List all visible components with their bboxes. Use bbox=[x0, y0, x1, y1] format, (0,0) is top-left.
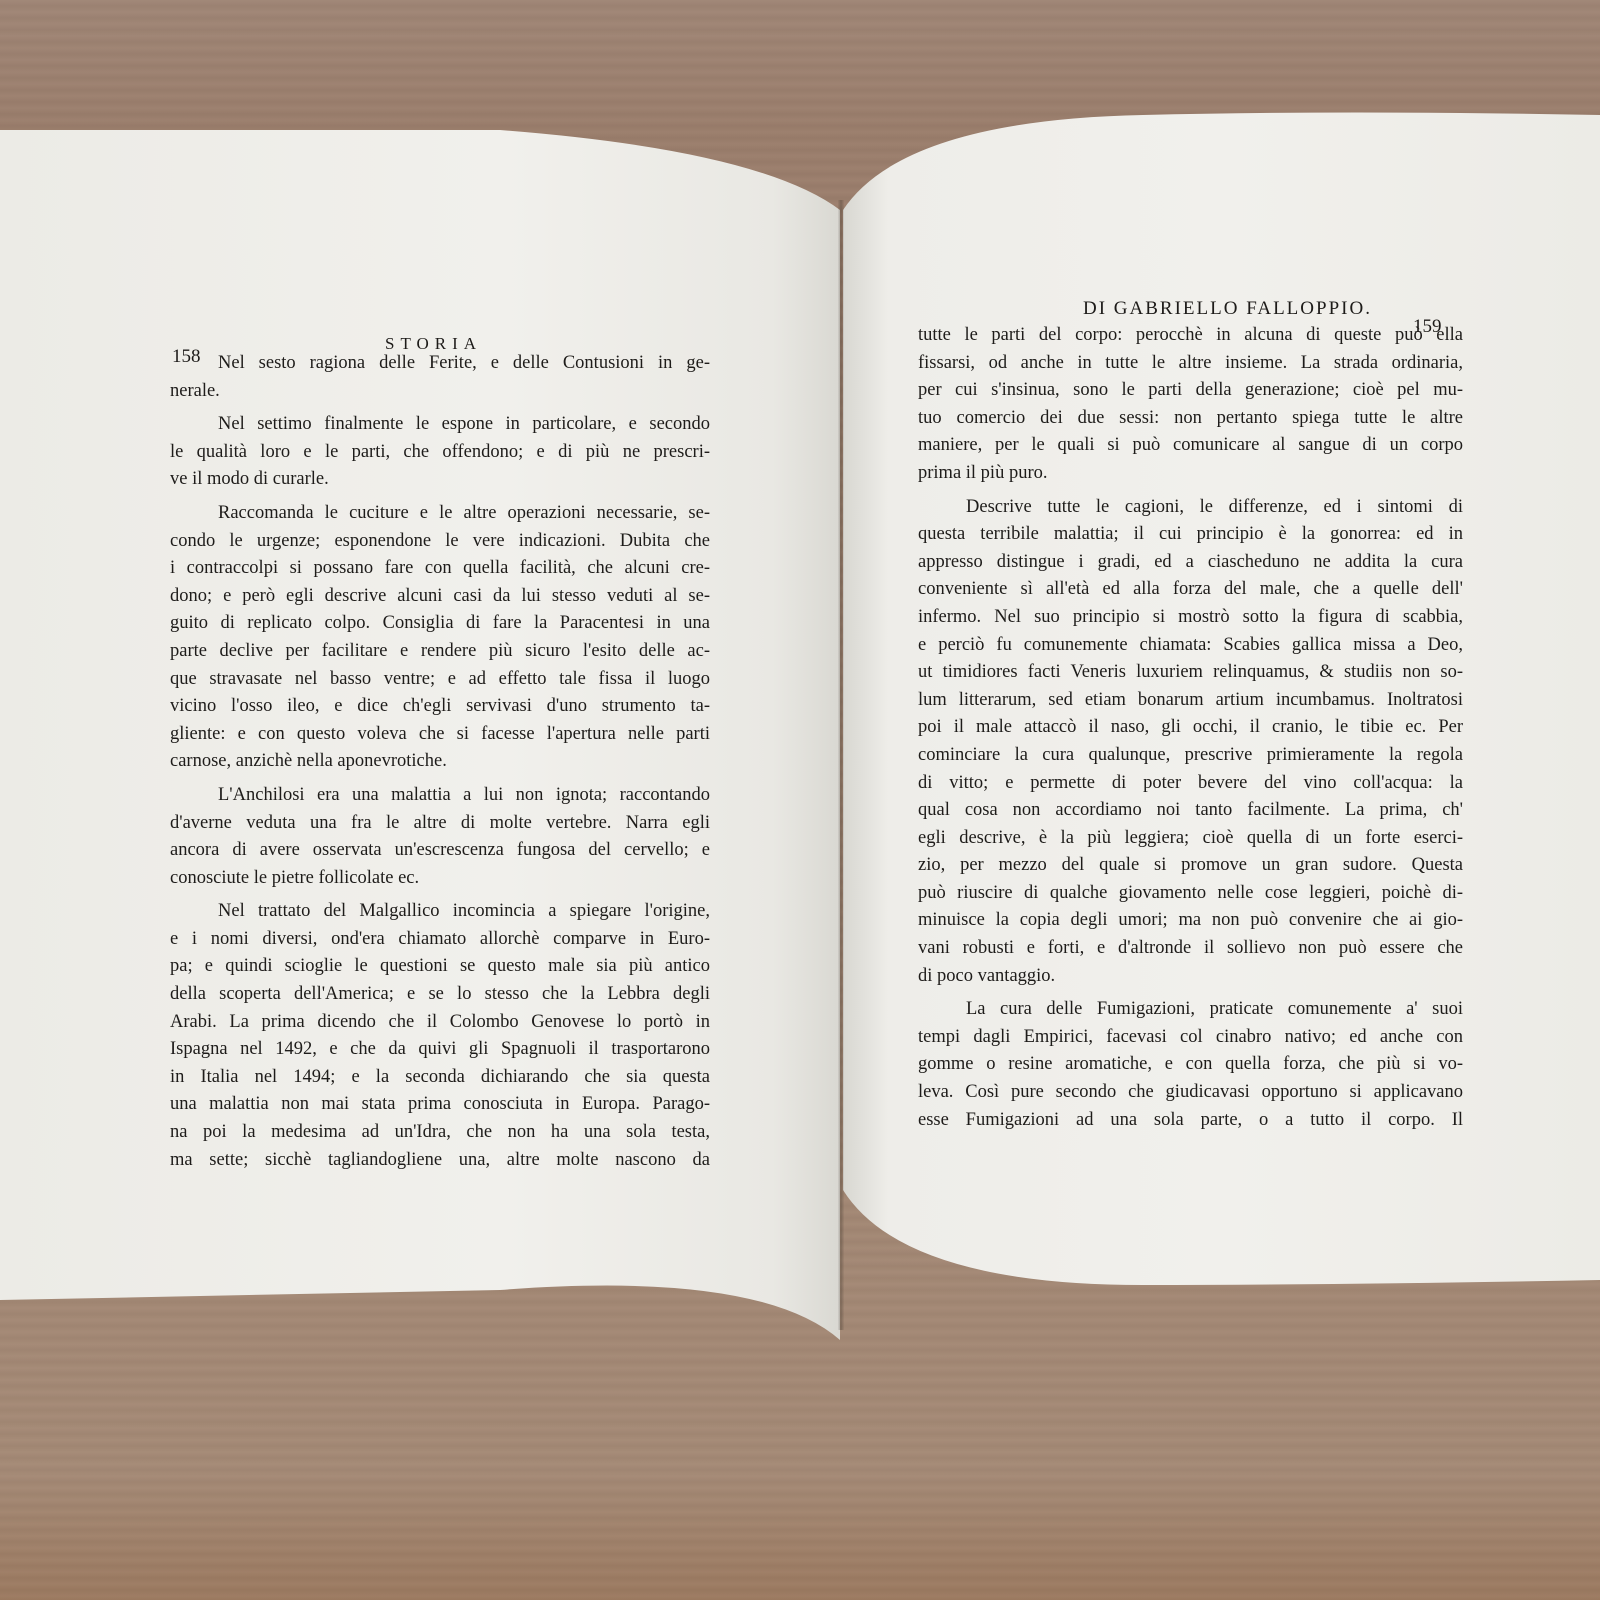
text-line: prima il più puro. bbox=[918, 460, 1463, 488]
text-line: Nel settimo finalmente le espone in part… bbox=[170, 411, 710, 439]
text-line: Arabi. La prima dicendo che il Colombo G… bbox=[170, 1009, 710, 1037]
text-line: lum litterarum, sed etiam bonarum artium… bbox=[918, 687, 1463, 715]
text-line: vani robusti e forti, e d'altronde il so… bbox=[918, 935, 1463, 963]
text-line: esse Fumigazioni ad una sola parte, o a … bbox=[918, 1107, 1463, 1135]
paragraph: Raccomanda le cuciture e le altre operaz… bbox=[170, 500, 710, 776]
paragraph: L'Anchilosi era una malattia a lui non i… bbox=[170, 782, 710, 892]
text-line: appresso distingue i gradi, ed a ciasche… bbox=[918, 549, 1463, 577]
text-line: conosciute le pietre follicolate ec. bbox=[170, 865, 710, 893]
right-page: DI GABRIELLO FALLOPPIO. 159 tutte le par… bbox=[843, 60, 1600, 1360]
book-gutter bbox=[838, 200, 844, 1330]
text-line: minuisce la copia degli umori; ma non pu… bbox=[918, 907, 1463, 935]
text-line: tempi dagli Empirici, facevasi col cinab… bbox=[918, 1024, 1463, 1052]
paragraph: Nel sesto ragiona delle Ferite, e delle … bbox=[170, 350, 710, 405]
text-line: conveniente sì all'età ed alla forza del… bbox=[918, 576, 1463, 604]
text-line: Descrive tutte le cagioni, le differenze… bbox=[918, 494, 1463, 522]
text-line: Nel trattato del Malgallico incomincia a… bbox=[170, 898, 710, 926]
paragraph: La cura delle Fumigazioni, praticate com… bbox=[918, 996, 1463, 1134]
text-line: Raccomanda le cuciture e le altre operaz… bbox=[170, 500, 710, 528]
text-line: vicino l'osso ileo, e dice ch'egli servi… bbox=[170, 693, 710, 721]
text-line: qual cosa non accordiamo noi tanto facil… bbox=[918, 797, 1463, 825]
text-line: nerale. bbox=[170, 378, 710, 406]
paragraph: tutte le parti del corpo: perocchè in al… bbox=[918, 322, 1463, 488]
left-page: 158 STORIA Nel sesto ragiona delle Ferit… bbox=[0, 130, 840, 1340]
text-line: dono; e però egli descrive alcuni casi d… bbox=[170, 583, 710, 611]
text-line: que stravasate nel basso ventre; e ad ef… bbox=[170, 666, 710, 694]
text-line: in Italia nel 1494; e la seconda dichiar… bbox=[170, 1064, 710, 1092]
paragraph: Nel settimo finalmente le espone in part… bbox=[170, 411, 710, 494]
text-line: gomme o resine aromatiche, e con quella … bbox=[918, 1051, 1463, 1079]
text-line: ut timidiores facti Veneris luxuriem rel… bbox=[918, 659, 1463, 687]
text-line: Ispagna nel 1492, e che da quivi gli Spa… bbox=[170, 1036, 710, 1064]
text-line: gliente: e con questo voleva che si face… bbox=[170, 721, 710, 749]
text-line: Nel sesto ragiona delle Ferite, e delle … bbox=[170, 350, 710, 378]
text-line: questa terribile malattia; il cui princi… bbox=[918, 521, 1463, 549]
text-line: e perciò fu comunemente chiamata: Scabie… bbox=[918, 632, 1463, 660]
text-line: zio, per mezzo del quale si promove un g… bbox=[918, 852, 1463, 880]
left-body-text: Nel sesto ragiona delle Ferite, e delle … bbox=[170, 350, 710, 1174]
text-line: d'averne veduta una fra le altre di molt… bbox=[170, 810, 710, 838]
text-line: della scoperta dell'America; e se lo ste… bbox=[170, 981, 710, 1009]
paragraph: Nel trattato del Malgallico incomincia a… bbox=[170, 898, 710, 1174]
right-running-head: DI GABRIELLO FALLOPPIO. bbox=[1083, 298, 1372, 320]
text-line: parte declive per facilitare e rendere p… bbox=[170, 638, 710, 666]
text-line: fissarsi, od anche in tutte le altre ins… bbox=[918, 350, 1463, 378]
text-line: guito di replicato colpo. Consiglia di f… bbox=[170, 610, 710, 638]
paragraph: Descrive tutte le cagioni, le differenze… bbox=[918, 494, 1463, 991]
text-line: leva. Così pure secondo che giudicavasi … bbox=[918, 1079, 1463, 1107]
text-line: può riuscire di qualche giovamento nelle… bbox=[918, 880, 1463, 908]
text-line: na poi la medesima ad un'Idra, che non h… bbox=[170, 1119, 710, 1147]
text-line: i contraccolpi si possano fare con quell… bbox=[170, 555, 710, 583]
text-line: La cura delle Fumigazioni, praticate com… bbox=[918, 996, 1463, 1024]
text-line: ve il modo di curarle. bbox=[170, 466, 710, 494]
text-line: carnose, anzichè nella aponevrotiche. bbox=[170, 748, 710, 776]
text-line: tutte le parti del corpo: perocchè in al… bbox=[918, 322, 1463, 350]
text-line: maniere, per le quali si può comunicare … bbox=[918, 432, 1463, 460]
text-line: di vitto; e permette di poter bevere del… bbox=[918, 770, 1463, 798]
text-line: e i nomi diversi, ond'era chiamato allor… bbox=[170, 926, 710, 954]
text-line: condo le urgenze; esponendone le vere in… bbox=[170, 528, 710, 556]
text-line: L'Anchilosi era una malattia a lui non i… bbox=[170, 782, 710, 810]
text-line: egli descrive, è la più leggiera; cioè q… bbox=[918, 825, 1463, 853]
text-line: di poco vantaggio. bbox=[918, 963, 1463, 991]
text-line: per cui s'insinua, sono le parti della g… bbox=[918, 377, 1463, 405]
text-line: poi il male attaccò il naso, gli occhi, … bbox=[918, 714, 1463, 742]
text-line: infermo. Nel suo principio si mostrò sot… bbox=[918, 604, 1463, 632]
text-line: ancora di avere osservata un'escrescenza… bbox=[170, 837, 710, 865]
text-line: una malattia non mai stata prima conosci… bbox=[170, 1091, 710, 1119]
text-line: pa; e quindi scioglie le questioni se qu… bbox=[170, 953, 710, 981]
text-line: tuo comercio dei due sessi: non pertanto… bbox=[918, 405, 1463, 433]
text-line: le qualità loro e le parti, che offendon… bbox=[170, 439, 710, 467]
text-line: ma sette; sicchè tagliandogliene una, al… bbox=[170, 1147, 710, 1175]
right-body-text: tutte le parti del corpo: perocchè in al… bbox=[918, 322, 1463, 1134]
text-line: cominciare la cura qualunque, prescrive … bbox=[918, 742, 1463, 770]
